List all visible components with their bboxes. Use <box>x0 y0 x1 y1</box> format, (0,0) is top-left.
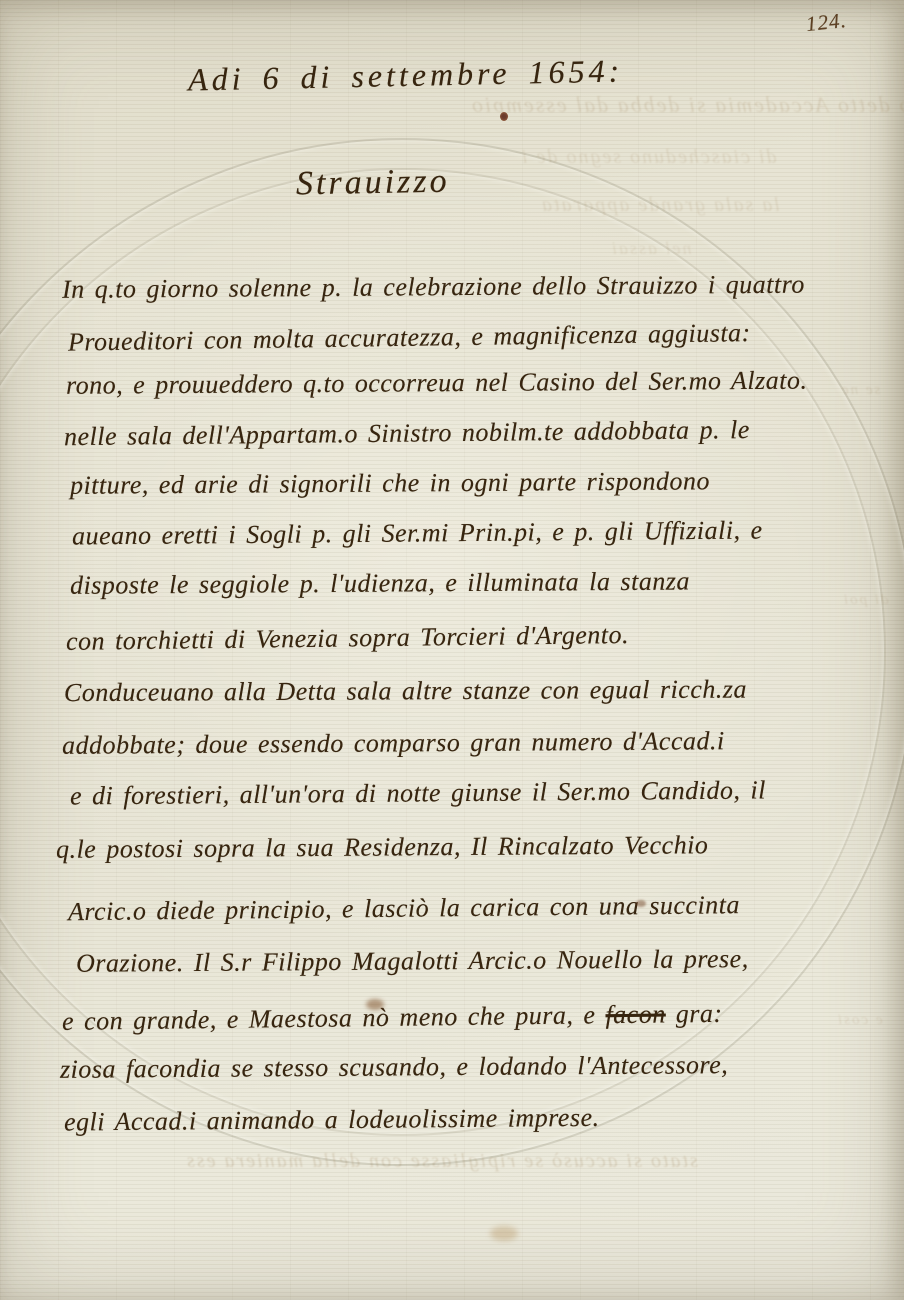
manuscript-line: disposte le seggiole p. l'udienza, e ill… <box>70 565 870 601</box>
manuscript-page: quanto detto Accademia si debba dal esse… <box>0 0 904 1300</box>
manuscript-line: Proueditori con molta accuratezza, e mag… <box>68 316 868 357</box>
line-text-after: gra: <box>666 999 723 1029</box>
bleedthrough-line: la sala grande apparata <box>540 194 780 217</box>
manuscript-line: nelle sala dell'Appartam.o Sinistro nobi… <box>64 414 864 452</box>
bleedthrough-line: di ciascheduno segno de i <box>520 146 777 169</box>
manuscript-line: e di forestieri, all'un'ora di notte giu… <box>70 775 870 812</box>
manuscript-line: addobbate; doue essendo comparso gran nu… <box>62 725 862 761</box>
manuscript-line: q.le postosi sopra la sua Residenza, Il … <box>56 829 856 865</box>
manuscript-line: pitture, ed arie di signorili che in ogn… <box>70 465 870 501</box>
struck-word: facon <box>605 1000 666 1030</box>
bleedthrough-line: nel assai <box>610 238 692 259</box>
manuscript-line: Orazione. Il S.r Filippo Magalotti Arcic… <box>76 943 876 979</box>
manuscript-line: rono, e prouueddero q.to occorreua nel C… <box>66 365 866 401</box>
manuscript-line: Arcic.o diede principio, e lasciò la car… <box>68 889 868 927</box>
page-title: Strauizzo <box>296 163 450 204</box>
date-heading: Adi 6 di settembre 1654: <box>188 50 719 98</box>
line-text-before: e con grande, e Maestosa nò meno che pur… <box>62 1000 606 1036</box>
manuscript-line: In q.to giorno solenne p. la celebrazion… <box>62 269 862 305</box>
folio-number: 124. <box>805 8 848 37</box>
paper-stain <box>490 1226 518 1241</box>
bleedthrough-line: stato si accusò se ripigliasse con della… <box>185 1150 698 1173</box>
bleedthrough-line: quanto detto Accademia si debba dal esse… <box>470 92 904 118</box>
manuscript-line: aueano eretti i Sogli p. gli Ser.mi Prin… <box>72 515 872 552</box>
manuscript-line: con torchietti di Venezia sopra Torcieri… <box>66 617 866 657</box>
manuscript-line: Conduceuano alla Detta sala altre stanze… <box>64 674 864 708</box>
ink-blot <box>500 112 508 121</box>
manuscript-line-with-strikethrough: e con grande, e Maestosa nò meno che pur… <box>62 997 862 1037</box>
manuscript-line: ziosa facondia se stesso scusando, e lod… <box>60 1049 860 1085</box>
manuscript-line: egli Accad.i animando a lodeuolissime im… <box>64 1101 864 1138</box>
